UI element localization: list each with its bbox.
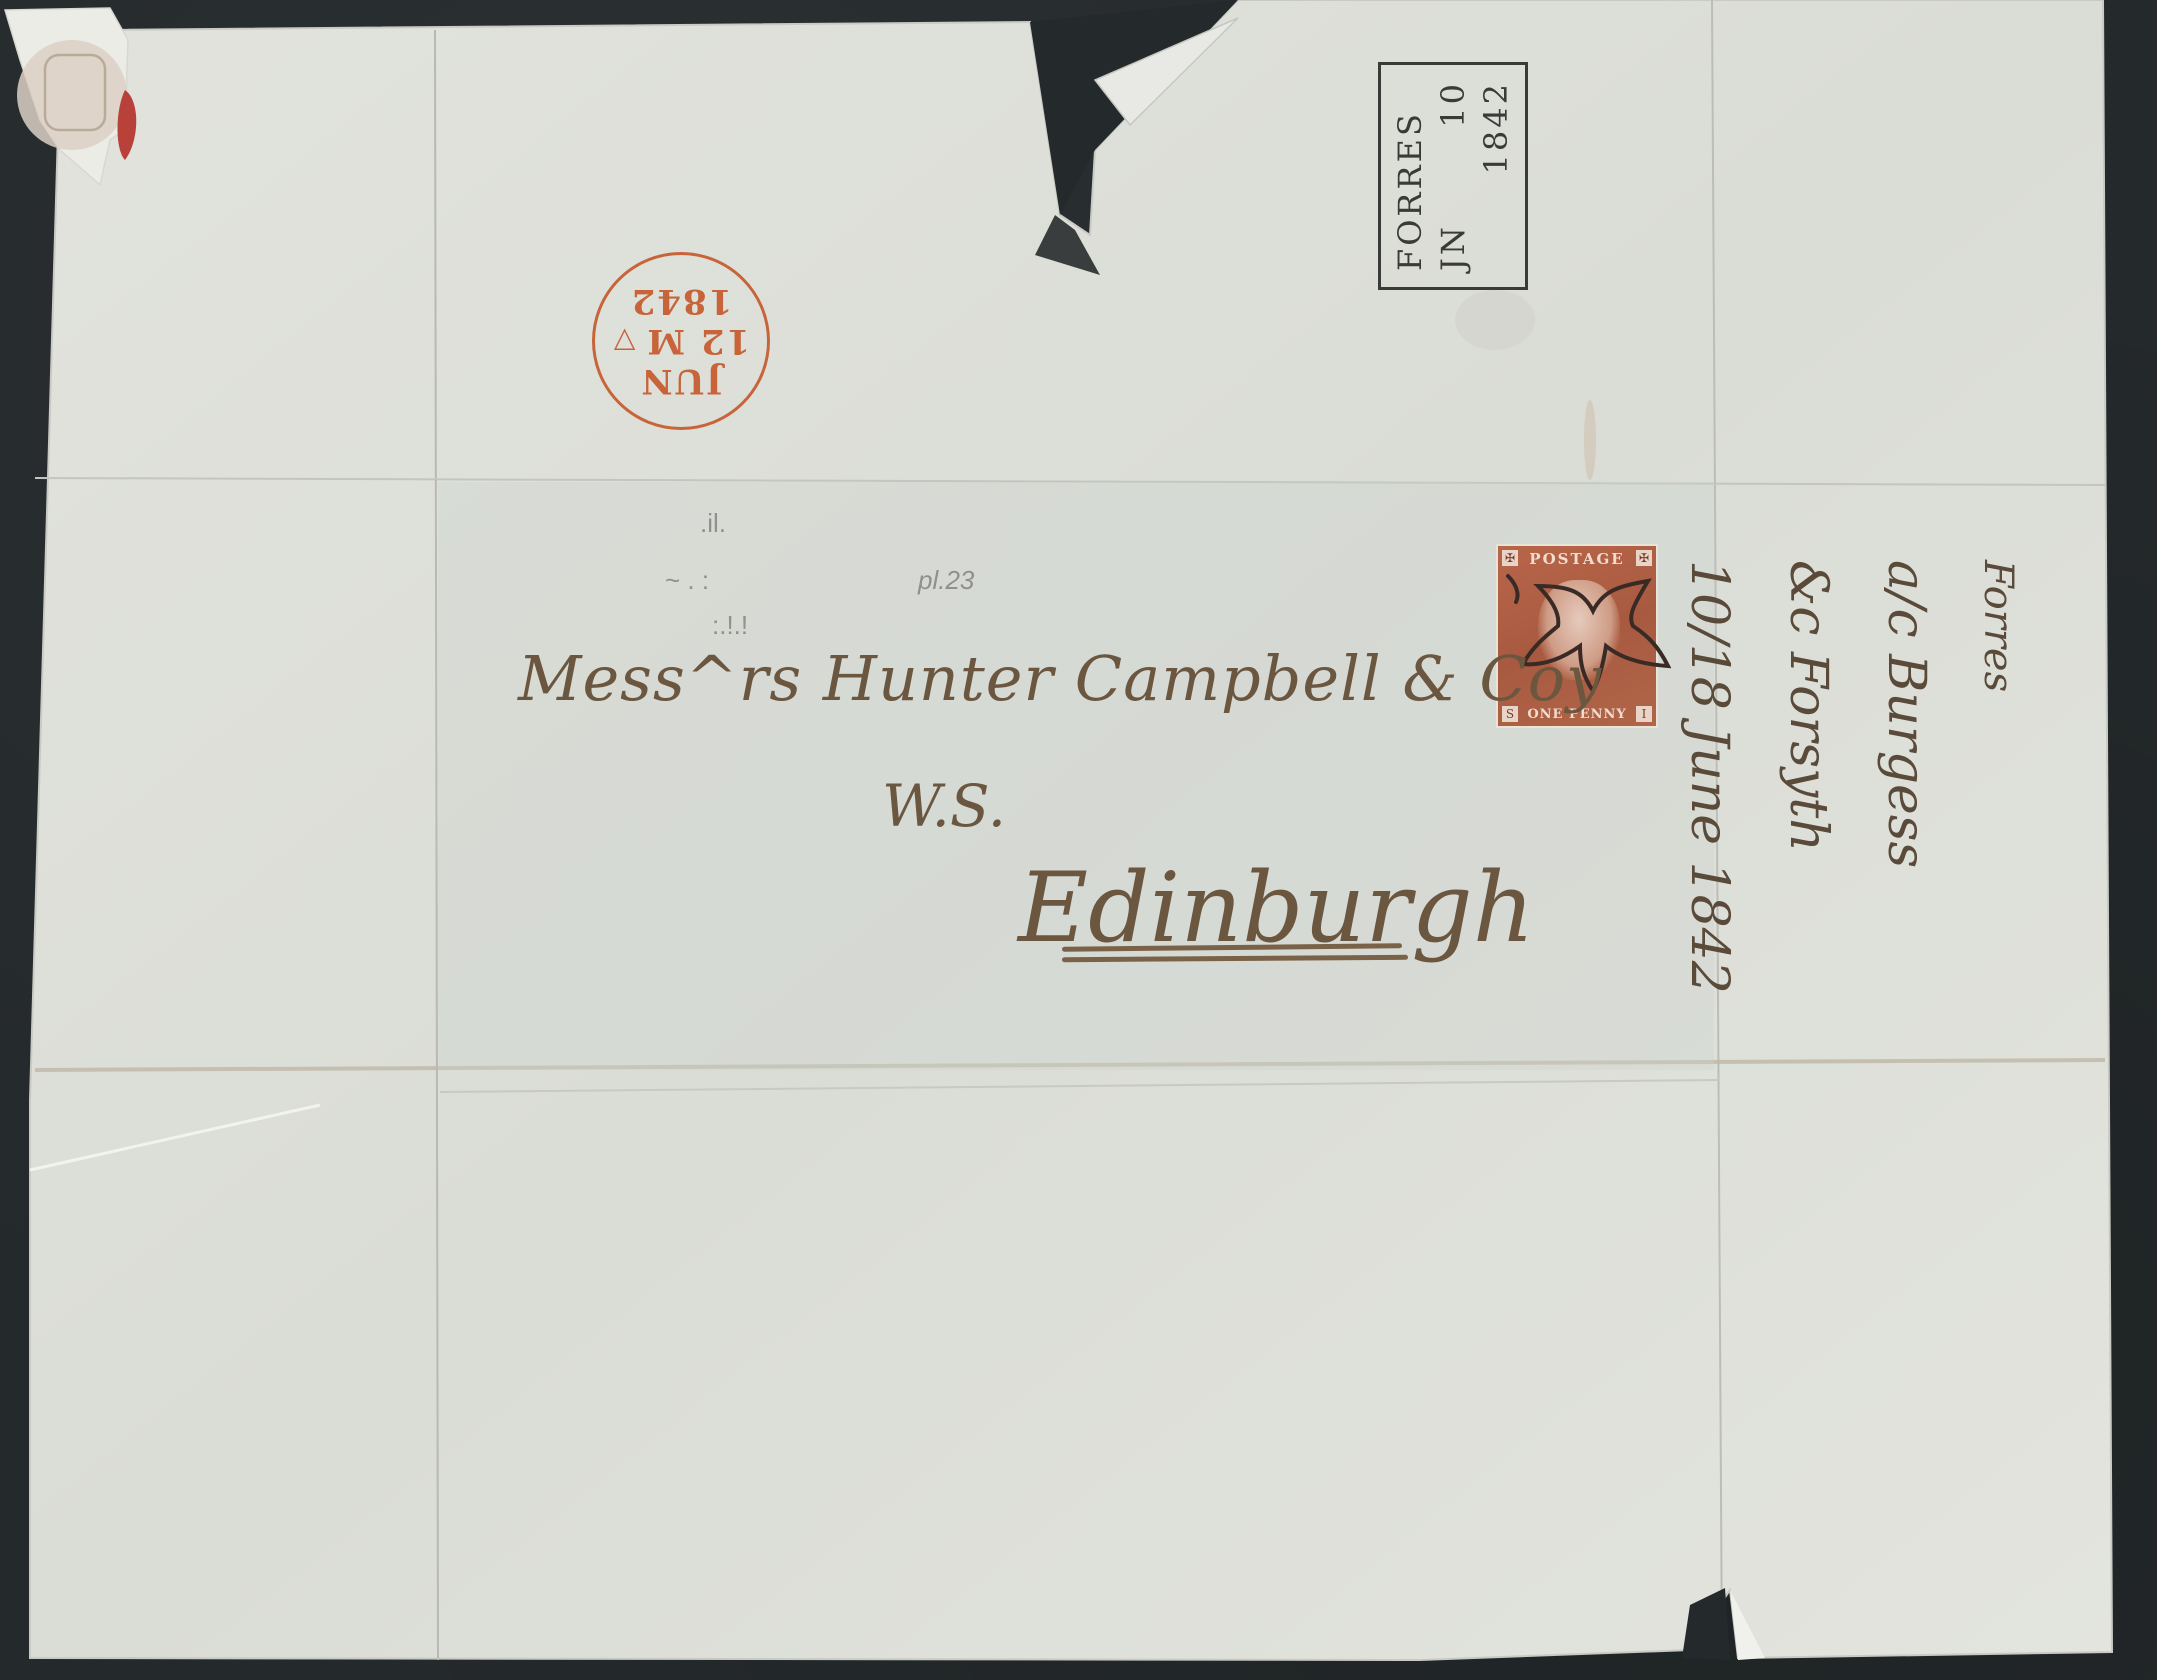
docket-line-4: Forres	[1975, 560, 2021, 1020]
pencil-mark-3: :.!.!	[712, 610, 748, 641]
forres-year: 1842	[1480, 81, 1512, 174]
forres-year-line: 1842	[1480, 81, 1512, 271]
plate-note: pl.23	[918, 565, 974, 596]
cds-day-code: 12 M	[645, 324, 750, 358]
forres-boxed-handstamp: FORRES JN 10 1842	[1378, 62, 1528, 290]
pencil-mark-2: ~ . :	[665, 565, 709, 596]
docket-annotation: 10/18 June 1842 &c Forsyth a/c Burgess F…	[1660, 560, 2040, 1020]
cds-day-line: 12 M ▽	[612, 324, 750, 358]
pencil-mark-1: .il.	[700, 508, 726, 539]
forres-month: JN	[1437, 224, 1469, 271]
docket-line-date: 10/18 June 1842	[1679, 560, 1739, 1020]
forres-town: FORRES	[1394, 81, 1426, 271]
forres-date: JN 10	[1437, 81, 1469, 271]
forres-day: 10	[1437, 81, 1469, 128]
letter-sheet: FORRES JN 10 1842 JUN 12 M ▽ 1842 .il. ~…	[0, 0, 2157, 1680]
cds-month: JUN	[640, 364, 723, 398]
triangle-icon: ▽	[612, 327, 636, 355]
address-addressee: Mess^rs Hunter Campbell & Coy	[518, 642, 1602, 715]
edinburgh-arrival-datestamp: JUN 12 M ▽ 1842	[592, 252, 770, 430]
wax-seal-icon	[0, 0, 150, 190]
docket-line-3: a/c Burgess	[1876, 560, 1936, 1020]
docket-line-2: &c Forsyth	[1778, 560, 1838, 1020]
address-ws: W.S.	[882, 772, 1006, 840]
cds-year: 1842	[630, 284, 733, 318]
